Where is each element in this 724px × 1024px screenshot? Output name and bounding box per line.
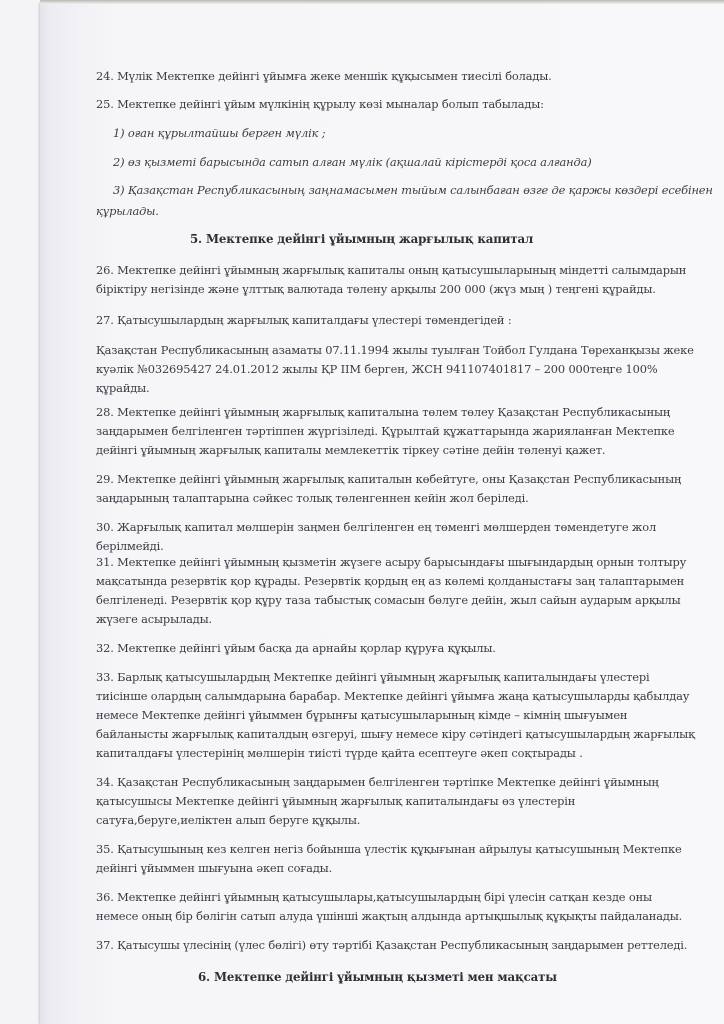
paragraph-24: 24. Мүлік Мектепке дейінгі ұйымға жеке м… <box>96 69 552 83</box>
paragraph-28: 28. Мектепке дейінгі ұйымның жарғылық ка… <box>96 405 670 419</box>
paragraph-30: 30. Жарғылық капитал мөлшерін заңмен бел… <box>96 520 656 534</box>
paragraph-36-cont: немесе оның бір бөлігін сатып алуда үшін… <box>96 909 682 923</box>
paragraph-33: 33. Барлық қатысушылардың Мектепке дейін… <box>96 670 650 684</box>
paragraph-25-item-3: 3) Қазақстан Республикасының заңнамасыме… <box>113 183 713 197</box>
paragraph-25-item-2: 2) өз қызметі барысында сатып алған мүлі… <box>113 155 592 169</box>
paragraph-31-cont3: жүзеге асырылады. <box>96 612 212 626</box>
paragraph-27: 27. Қатысушылардың жарғылық капиталдағы … <box>96 313 512 327</box>
paragraph-27-share-cont: куәлік №032695427 24.01.2012 жылы ҚР ІІМ… <box>96 362 658 376</box>
paragraph-28-cont2: дейінгі ұйымның жарғылық капиталы мемлек… <box>96 443 605 457</box>
paragraph-33-cont4: капиталдағы үлестерінің мөлшерін тиісті … <box>96 746 583 760</box>
paragraph-30-cont: берілмейді. <box>96 539 164 553</box>
page-top-edge <box>40 0 724 4</box>
paragraph-33-cont2: немесе Мектепке дейінгі ұйыммен бұрынғы … <box>96 708 627 722</box>
paragraph-31-cont: мақсатында резервтік қор құрады. Резервт… <box>96 574 684 588</box>
paragraph-27-share-cont2: құрайды. <box>96 381 150 395</box>
paragraph-32: 32. Мектепке дейінгі ұйым басқа да арнай… <box>96 641 496 655</box>
paragraph-33-cont3: байланысты жарғылық капиталдың өзгеруі, … <box>96 727 695 741</box>
paragraph-28-cont: заңдарымен белгіленген тәртіппен жүргізі… <box>96 424 674 438</box>
paragraph-26: 26. Мектепке дейінгі ұйымның жарғылық ка… <box>96 263 686 277</box>
paragraph-29: 29. Мектепке дейінгі ұйымның жарғылық ка… <box>96 472 681 486</box>
paragraph-25-item-1: 1) оған құрылтайшы берген мүлік ; <box>113 126 325 140</box>
paragraph-25-item-3-cont: құрылады. <box>96 204 159 218</box>
paragraph-34-cont: қатысушысы Мектепке дейінгі ұйымның жарғ… <box>96 794 575 808</box>
paragraph-33-cont: тиісінше олардың салымдарына барабар. Ме… <box>96 689 689 703</box>
paragraph-31-cont2: белгіленеді. Резервтік қор құру таза таб… <box>96 593 681 607</box>
paragraph-37: 37. Қатысушы үлесінің (үлес бөлігі) өту … <box>96 938 687 952</box>
paragraph-35-cont: дейінгі ұйыммен шығуына әкеп соғады. <box>96 861 332 875</box>
scan-margin <box>0 0 40 1024</box>
paragraph-29-cont: заңдарының талаптарына сәйкес толық төле… <box>96 491 529 505</box>
paragraph-36: 36. Мектепке дейінгі ұйымның қатысушылар… <box>96 890 652 904</box>
paragraph-26-cont: біріктіру негізінде және ұлттық валютада… <box>96 282 656 296</box>
paragraph-27-share: Қазақстан Республикасының азаматы 07.11.… <box>96 343 694 357</box>
paragraph-35: 35. Қатысушының кез келген негіз бойынша… <box>96 842 682 856</box>
section-5-heading: 5. Мектепке дейінгі ұйымның жарғылық кап… <box>190 232 533 246</box>
paragraph-31: 31. Мектепке дейінгі ұйымның қызметін жү… <box>96 555 686 569</box>
paragraph-25: 25. Мектепке дейінгі ұйым мүлкінің құрыл… <box>96 97 544 111</box>
section-6-heading: 6. Мектепке дейінгі ұйымның қызметі мен … <box>198 970 557 984</box>
paragraph-34-cont2: сатуға,беруге,иеліктен алып беруге құқыл… <box>96 813 360 827</box>
paragraph-34: 34. Қазақстан Республикасының заңдарымен… <box>96 775 659 789</box>
